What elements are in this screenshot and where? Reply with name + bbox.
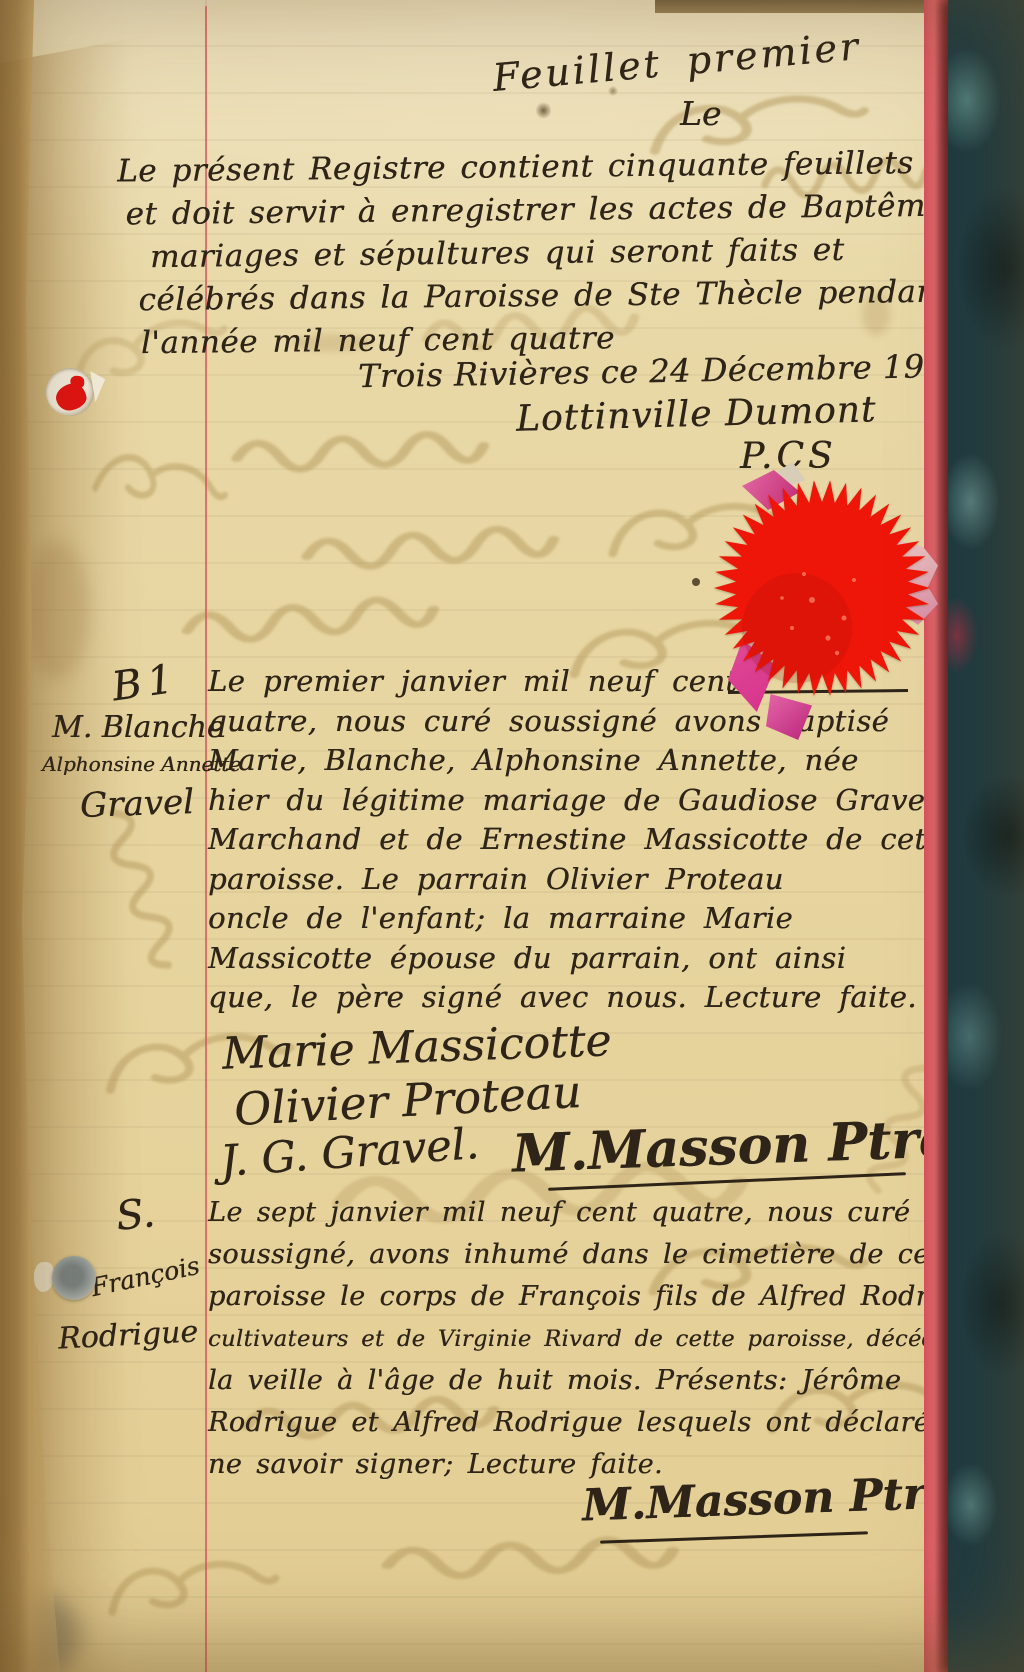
act-line: quatre, nous curé soussigné avons baptis…: [208, 702, 956, 742]
act-line: Le sept janvier mil neuf cent quatre, no…: [208, 1192, 990, 1234]
act-line: hier du légitime mariage de Gaudiose Gra…: [208, 781, 956, 821]
margin-name-line: M. Blanche: [52, 710, 225, 745]
margin-act-number: S.: [114, 1190, 157, 1240]
act-line: oncle de l'enfant; la marraine Marie: [208, 899, 956, 939]
red-page-fore-edge: [924, 0, 948, 1672]
punch-hole: [52, 1256, 96, 1300]
preamble-line: célébrés dans la Paroisse de Ste Thècle …: [138, 271, 962, 323]
margin-act-number: B1: [109, 656, 182, 711]
paper-stain: [24, 540, 90, 680]
page-edge-sliver: [655, 0, 950, 13]
marbled-book-cover: [948, 0, 1024, 1672]
burial-act-body: Le sept janvier mil neuf cent quatre, no…: [208, 1192, 990, 1486]
register-page-scan: Feuillet premier Le Le présent Registre …: [0, 0, 1024, 1672]
act-line: que, le père signé avec nous. Lecture fa…: [208, 978, 956, 1018]
margin-name-line: Rodrigue: [57, 1314, 199, 1356]
baptism-act-body: Le premier janvier mil neuf cent quatre,…: [208, 662, 956, 1018]
act-line: la veille à l'âge de huit mois. Présents…: [208, 1360, 990, 1402]
ink-stain: [536, 102, 551, 119]
act-line: paroisse le corps de François fils de Al…: [208, 1276, 990, 1318]
act-line: Marie, Blanche, Alphonsine Annette, née: [208, 741, 956, 781]
margin-name-line: Gravel: [79, 782, 194, 826]
act-line: Massicotte épouse du parrain, ont ainsi: [208, 939, 956, 979]
act-line: soussigné, avons inhumé dans le cimetièr…: [208, 1234, 990, 1276]
act-line: Rodrigue et Alfred Rodrigue lesquels ont…: [208, 1402, 990, 1444]
page-heading-word: Le: [680, 94, 721, 133]
ink-stain: [692, 578, 700, 586]
act-line: paroisse. Le parrain Olivier Proteau: [208, 860, 956, 900]
act-line: Marchand et de Ernestine Massicotte de c…: [208, 820, 956, 860]
act-line: cultivateurs et de Virginie Rivard de ce…: [208, 1318, 990, 1360]
wax-seal: [712, 478, 932, 698]
register-preamble: Le présent Registre contient cinquante f…: [117, 142, 963, 366]
